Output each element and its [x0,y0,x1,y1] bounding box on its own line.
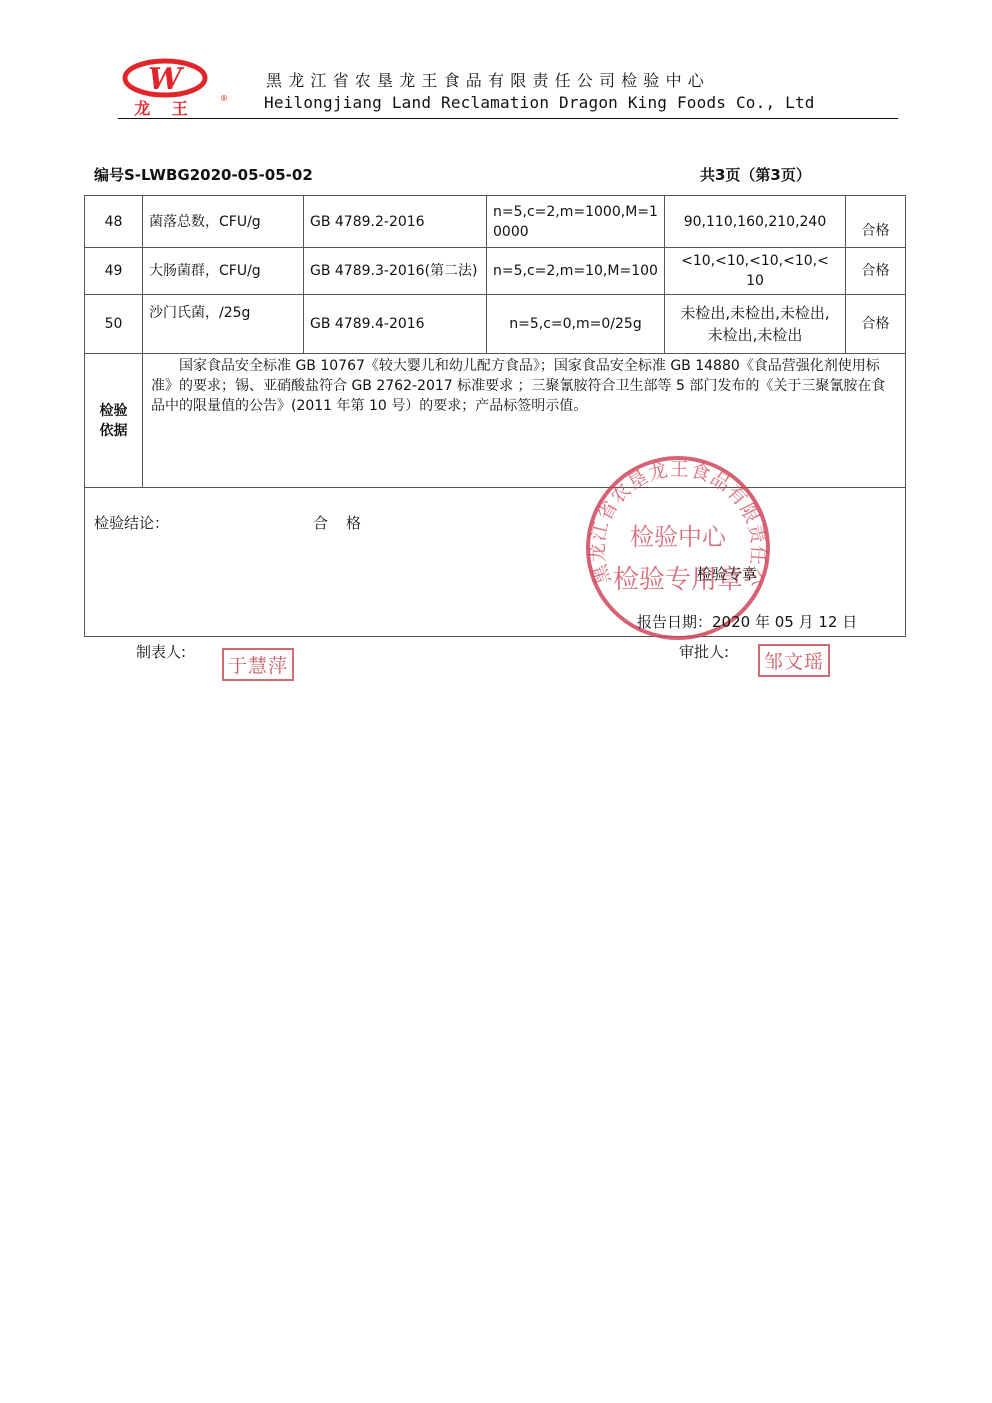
test-item: 沙门氏菌，/25g [143,295,304,354]
conclusion-label: 检验结论： [94,512,169,533]
logo-emblem-icon: W 龙 王 ® [121,58,231,118]
table-row: 48 菌落总数，CFU/g GB 4789.2-2016 n=5,c=2,m=1… [85,196,906,248]
test-result: 90,110,160,210,240 [665,196,846,248]
header-divider [118,118,898,119]
table-row: 49 大肠菌群，CFU/g GB 4789.3-2016(第二法) n=5,c=… [85,248,906,295]
test-method: GB 4789.3-2016(第二法) [304,248,487,295]
company-name-en: Heilongjiang Land Reclamation Dragon Kin… [264,93,815,112]
basis-row: 检验 依据 国家食品安全标准 GB 10767《较大婴儿和幼儿配方食品》；国家食… [85,354,906,488]
standard-limit: n=5,c=0,m=0/25g [487,295,665,354]
row-number: 49 [85,248,143,295]
svg-text:W: W [148,62,185,97]
preparer-label: 制表人: [136,641,186,662]
test-method: GB 4789.4-2016 [304,295,487,354]
conclusion-value: 合格 [313,512,379,533]
basis-label: 检验 依据 [85,354,143,488]
standard-limit: n=5,c=2,m=10,M=100 [487,248,665,295]
company-name-cn: 黑龙江省农垦龙王食品有限责任公司检验中心 [266,68,710,91]
verdict: 合格 [846,196,906,248]
test-method: GB 4789.2-2016 [304,196,487,248]
page-indicator: 共3页（第3页） [700,164,811,185]
test-item: 菌落总数，CFU/g [143,196,304,248]
standard-limit: n=5,c=2,m=1000,M=10000 [487,196,665,248]
report-date: 报告日期：2020 年 05 月 12 日 [637,611,857,632]
test-item: 大肠菌群，CFU/g [143,248,304,295]
preparer-signature-stamp: 于慧萍 [222,648,294,681]
seal-label: 检验专章 [697,563,757,584]
document-number: 编号S-LWBG2020-05-05-02 [94,164,313,185]
results-table: 48 菌落总数，CFU/g GB 4789.2-2016 n=5,c=2,m=1… [84,195,906,488]
row-number: 48 [85,196,143,248]
test-result: 未检出,未检出,未检出,未检出,未检出 [665,295,846,354]
svg-text:龙 王: 龙 王 [134,99,196,118]
test-result: <10,<10,<10,<10,<10 [665,248,846,295]
svg-text:®: ® [220,94,228,103]
approver-signature-stamp: 邹文瑶 [758,644,830,677]
basis-text: 国家食品安全标准 GB 10767《较大婴儿和幼儿配方食品》；国家食品安全标准 … [143,354,906,488]
row-number: 50 [85,295,143,354]
verdict: 合格 [846,248,906,295]
verdict: 合格 [846,295,906,354]
company-logo: W 龙 王 ® [121,58,231,118]
approver-label: 审批人: [679,641,729,662]
table-row: 50 沙门氏菌，/25g GB 4789.4-2016 n=5,c=0,m=0/… [85,295,906,354]
